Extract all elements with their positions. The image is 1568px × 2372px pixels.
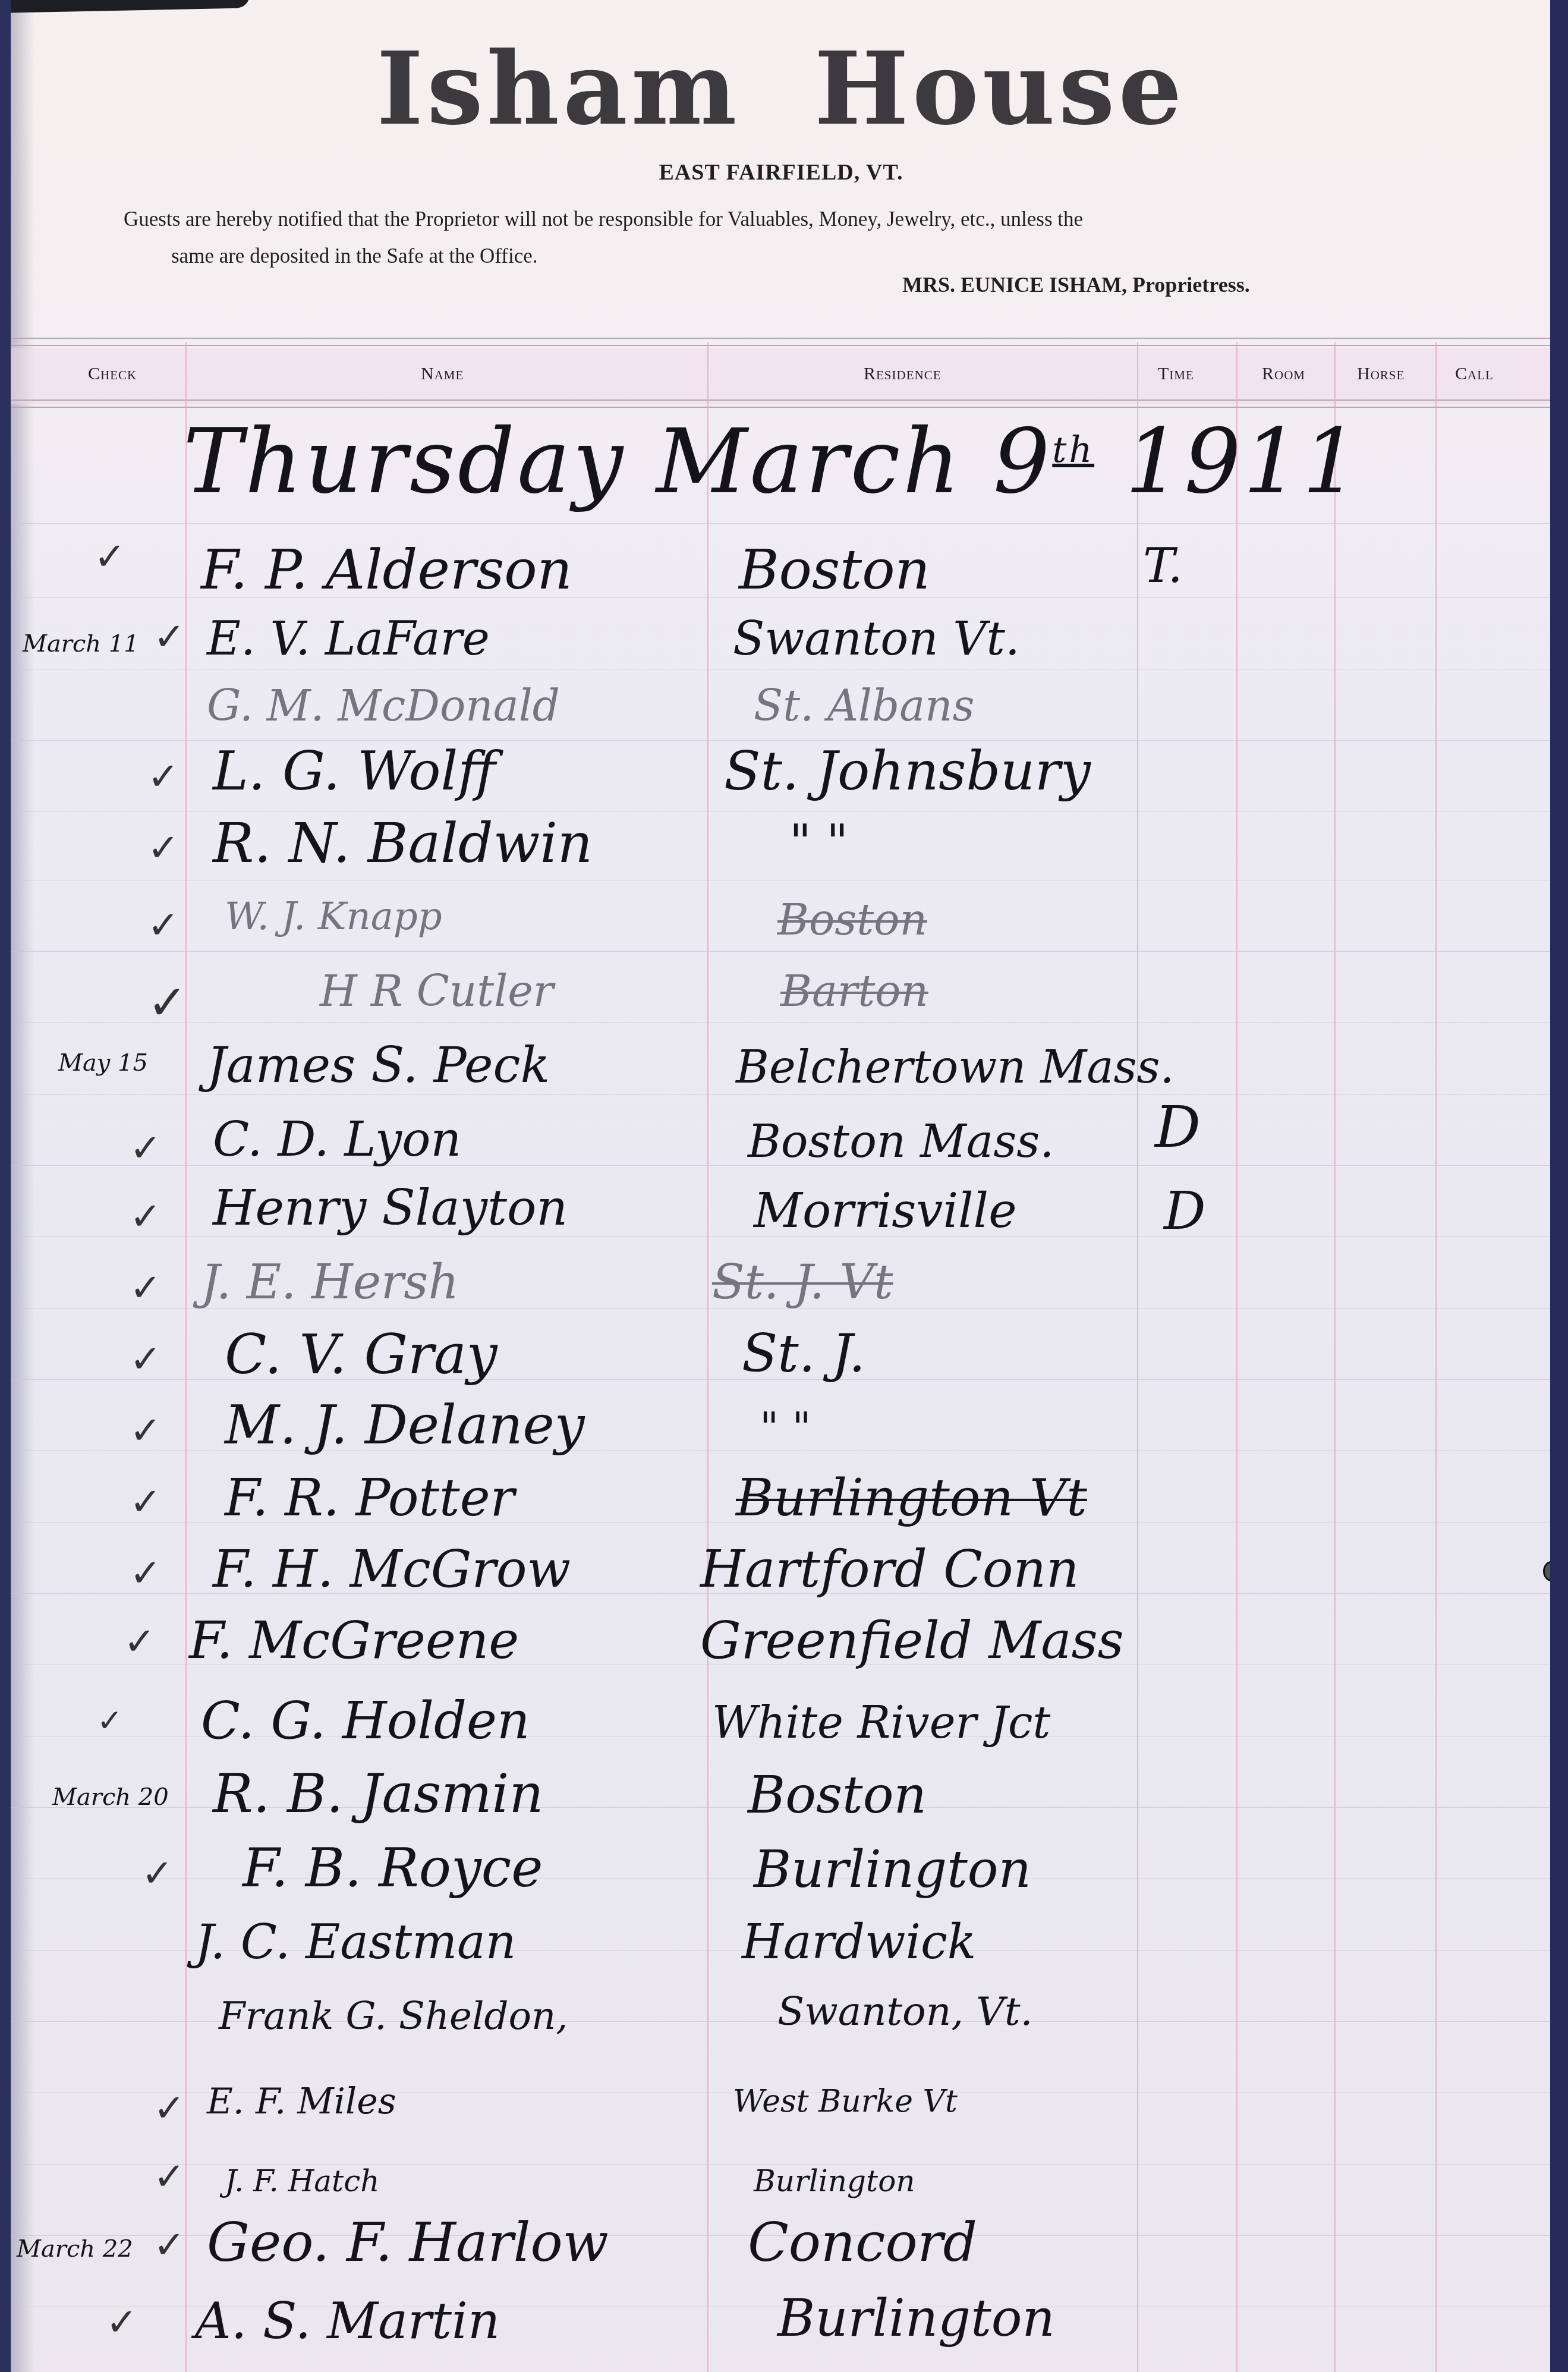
guest-name: E. F. Miles	[207, 2081, 396, 2122]
checkmark-icon: ✓	[147, 755, 180, 799]
checkmark-icon: ✓	[147, 826, 180, 870]
guest-residence: Morrisville	[754, 1183, 1017, 1238]
ruled-line	[11, 523, 1551, 524]
book-binding	[1550, 0, 1568, 2372]
column-header-room: Room	[1262, 364, 1305, 384]
guest-residence: West Burke Vt	[733, 2084, 958, 2119]
column-divider	[1435, 342, 1437, 2372]
checkmark-icon: ✓	[94, 535, 126, 579]
checkmark-icon: ✓	[106, 2301, 138, 2345]
guest-residence: White River Jct	[712, 1697, 1050, 1748]
column-header-horse: Horse	[1357, 364, 1405, 384]
page-top-edge	[11, 0, 250, 13]
margin-date: May 15	[58, 1049, 148, 1077]
guest-name: Geo. F. Harlow	[207, 2211, 609, 2274]
guest-residence: Swanton Vt.	[733, 612, 1020, 666]
guest-name: J. F. Hatch	[225, 2164, 379, 2198]
column-header-residence: Residence	[864, 364, 942, 384]
checkmark-icon: ✓	[153, 2223, 185, 2267]
guest-name: Henry Slayton	[213, 1180, 568, 1237]
checkmark-icon: ✓	[153, 2155, 185, 2199]
date-heading-text: Thursday March 9	[183, 410, 1052, 514]
ruled-line	[11, 951, 1551, 952]
guest-residence: Hardwick	[742, 1914, 976, 1970]
guest-name: C. G. Holden	[201, 1691, 530, 1751]
guest-name: M. J. Delaney	[225, 1394, 585, 1456]
column-divider	[707, 342, 709, 2372]
ruled-line	[11, 1094, 1551, 1094]
guest-name: E. V. LaFare	[207, 612, 490, 666]
guest-residence: St. Johnsbury	[724, 740, 1091, 803]
guest-name: G. M. McDonald	[207, 681, 560, 731]
guest-residence: Burlington	[777, 2289, 1055, 2348]
guest-name: J. C. Eastman	[195, 1914, 516, 1970]
guest-residence: Hartford Conn	[700, 1540, 1079, 1599]
checkmark-icon: ✓	[130, 1195, 162, 1239]
guest-name: A. S. Martin	[195, 2292, 500, 2350]
checkmark-icon: ✓	[130, 1338, 162, 1382]
notice-line-1: Guests are hereby notified that the Prop…	[124, 207, 1083, 231]
guest-name: R. N. Baldwin	[213, 811, 593, 875]
guest-name: F. McGreene	[189, 1611, 519, 1671]
guest-name: Frank G. Sheldon,	[219, 1995, 568, 2038]
guest-residence: Burlington	[754, 2164, 915, 2198]
guest-name: H R Cutler	[320, 966, 553, 1016]
checkmark-icon: ✓	[130, 1127, 162, 1171]
guest-residence: Boston	[739, 538, 930, 602]
checkmark-icon: ✓	[153, 2087, 185, 2131]
guest-residence: St. Albans	[754, 681, 974, 731]
guest-name: F. R. Potter	[225, 1468, 515, 1528]
header-top-rule	[11, 338, 1551, 346]
header-bottom-rule	[11, 399, 1551, 408]
guest-time: D	[1164, 1180, 1206, 1241]
ruled-line	[11, 669, 1551, 669]
column-divider	[1137, 342, 1138, 2372]
column-divider	[1334, 342, 1336, 2372]
guest-residence: Boston Mass.	[748, 1115, 1054, 1168]
guest-name: C. D. Lyon	[213, 1112, 461, 1167]
checkmark-icon: ✓	[130, 1409, 162, 1453]
guest-name: F. P. Alderson	[201, 538, 572, 602]
guest-name: R. B. Jasmin	[213, 1763, 543, 1825]
column-header-band	[11, 348, 1551, 404]
guest-residence: Boston	[777, 895, 927, 945]
guest-name: L. G. Wolff	[213, 740, 496, 803]
guest-residence: Burlington	[754, 1840, 1031, 1899]
guest-name: C. V. Gray	[225, 1323, 498, 1386]
checkmark-icon: ✓	[124, 1620, 156, 1664]
checkmark-icon: ✓	[97, 1703, 123, 1739]
guest-name: W. J. Knapp	[225, 895, 442, 939]
guest-time: T.	[1143, 538, 1183, 593]
guest-residence: Barton	[780, 966, 928, 1016]
column-header-name: Name	[421, 364, 464, 384]
guest-residence: St. J. Vt	[712, 1254, 893, 1310]
guest-residence: Boston	[748, 1766, 927, 1825]
guest-residence: Burlington Vt	[736, 1468, 1087, 1528]
ruled-line	[11, 880, 1551, 880]
date-heading-ordinal: th	[1052, 429, 1094, 471]
checkmark-icon: ✓	[141, 1852, 174, 1896]
register-page: Isham House EAST FAIRFIELD, VT. Guests a…	[11, 0, 1551, 2372]
guest-name: James S. Peck	[207, 1037, 550, 1094]
margin-date: March 11	[23, 630, 139, 658]
column-header-check: Check	[88, 364, 137, 384]
guest-residence: Greenfield Mass	[700, 1611, 1124, 1671]
checkmark-icon: ✓	[130, 1480, 162, 1524]
guest-residence: " "	[760, 1403, 811, 1452]
column-divider	[185, 342, 187, 2372]
ruled-line	[11, 1023, 1551, 1023]
checkmark-icon: ✓	[130, 1266, 162, 1310]
checkmark-icon: ✓	[147, 975, 187, 1030]
column-divider	[1236, 342, 1238, 2372]
checkmark-icon: ✓	[153, 615, 185, 659]
date-heading: Thursday March 9th 1911	[183, 410, 1361, 514]
hotel-title: Isham House	[11, 30, 1551, 147]
guest-name: F. B. Royce	[243, 1837, 543, 1899]
column-header-call: Call	[1455, 364, 1494, 384]
checkmark-icon: ✓	[130, 1552, 162, 1596]
margin-date: March 20	[52, 1783, 169, 1811]
safe-notice: Guests are hereby notified that the Prop…	[124, 201, 1467, 275]
guest-residence: Swanton, Vt.	[777, 1989, 1032, 2034]
margin-date: March 22	[17, 2235, 133, 2263]
guest-residence: St. J.	[742, 1323, 865, 1384]
date-heading-year: 1911	[1125, 410, 1362, 514]
notice-line-2: same are deposited in the Safe at the Of…	[124, 238, 1467, 275]
guest-residence: Belchertown Mass.	[736, 1040, 1175, 1093]
checkmark-icon: ✓	[147, 904, 180, 948]
proprietress-line: MRS. EUNICE ISHAM, Proprietress.	[902, 272, 1250, 297]
hotel-location: EAST FAIRFIELD, VT.	[11, 159, 1551, 185]
column-header-time: Time	[1158, 364, 1194, 384]
guest-residence: " "	[789, 814, 848, 870]
guest-name: F. H. McGrow	[213, 1540, 571, 1599]
guest-name: J. E. Hersh	[201, 1254, 459, 1310]
guest-time: D	[1155, 1094, 1201, 1160]
guest-residence: Concord	[748, 2211, 977, 2274]
